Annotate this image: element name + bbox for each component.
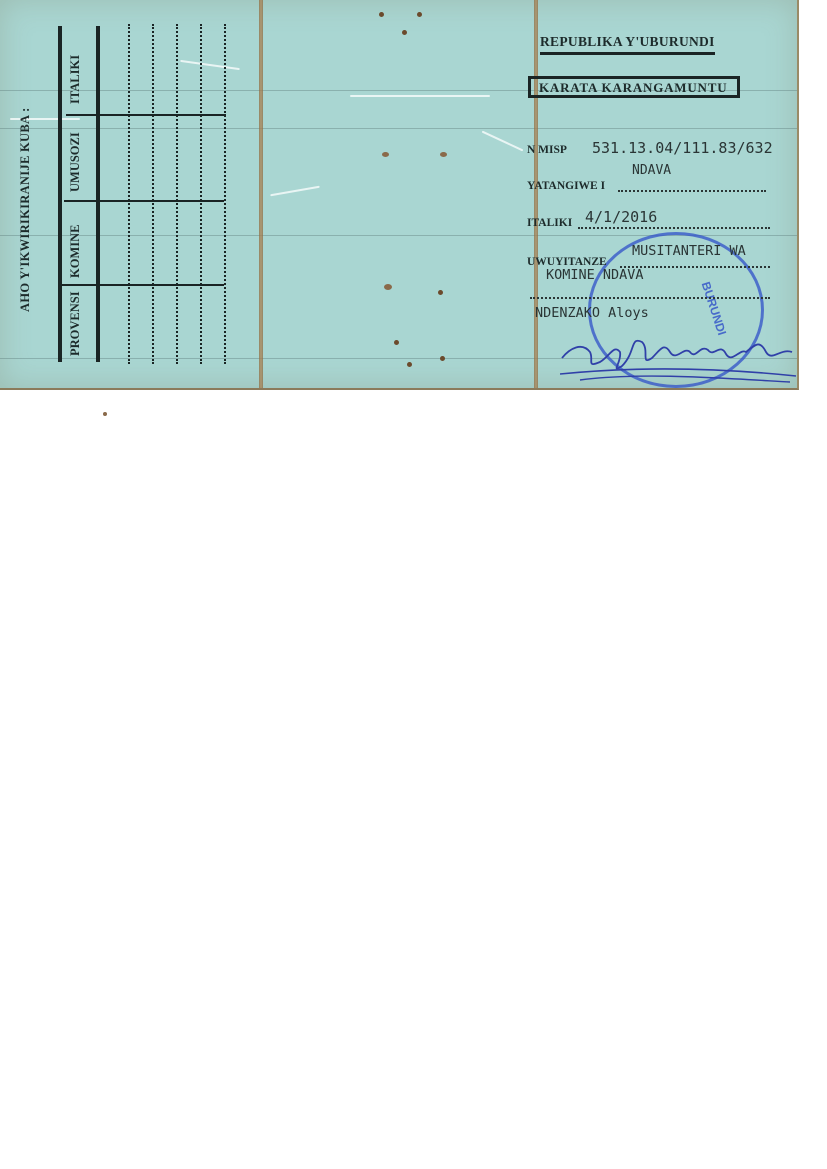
entry-row-4 <box>200 24 202 364</box>
table-border-header <box>96 26 100 362</box>
stain <box>382 152 389 157</box>
staple-hole <box>394 340 399 345</box>
country-name: REPUBLIKA Y'UBURUNDI <box>540 34 715 50</box>
entry-row-2 <box>152 24 154 364</box>
id-card: AHO Y'IKWIRIKIRANIJE KUBA : PROVENSI KOM… <box>0 0 799 390</box>
issued-at-line <box>618 190 766 192</box>
number-label: N MISP <box>527 144 567 156</box>
country-underline <box>540 52 715 55</box>
registration-table-panel: AHO Y'IKWIRIKIRANIJE KUBA : PROVENSI KOM… <box>0 0 262 388</box>
entry-row-1 <box>128 24 130 364</box>
card-title: KARATA KARANGAMUNTU <box>528 76 740 98</box>
stain <box>440 152 447 157</box>
staple-hole <box>379 12 384 17</box>
entry-row-3 <box>176 24 178 364</box>
issuer-name: NDENZAKO Aloys <box>535 305 649 321</box>
date-line <box>578 227 770 229</box>
table-title: AHO Y'IKWIRIKIRANIJE KUBA : <box>18 107 33 312</box>
column-header-komine: KOMINE <box>68 225 83 278</box>
table-border-left <box>58 26 62 362</box>
staple-hole <box>440 356 445 361</box>
issuer-line-2 <box>530 297 770 299</box>
date-label: ITALIKI <box>527 217 572 229</box>
entry-row-5 <box>224 24 226 364</box>
blank-panel <box>262 0 536 388</box>
stain <box>103 412 107 416</box>
stain <box>384 284 392 290</box>
column-divider <box>66 114 226 116</box>
column-header-provensi: PROVENSI <box>68 291 83 356</box>
number-value: 531.13.04/111.83/632 <box>592 139 773 157</box>
column-header-italiki: ITALIKI <box>68 55 83 104</box>
staple-hole <box>402 30 407 35</box>
issued-at-label: YATANGIWE I <box>527 180 605 192</box>
staple-hole <box>417 12 422 17</box>
fold-line <box>534 0 538 388</box>
issuer-title-line2: KOMINE NDAVA <box>546 267 644 283</box>
column-header-umusozi: UMUSOZI <box>68 132 83 192</box>
staple-hole <box>407 362 412 367</box>
issuer-title-line1: MUSITANTERI WA <box>632 243 746 259</box>
date-value: 4/1/2016 <box>585 208 657 226</box>
signature <box>560 322 800 388</box>
issued-at-value: NDAVA <box>632 163 671 178</box>
stain <box>438 290 443 295</box>
